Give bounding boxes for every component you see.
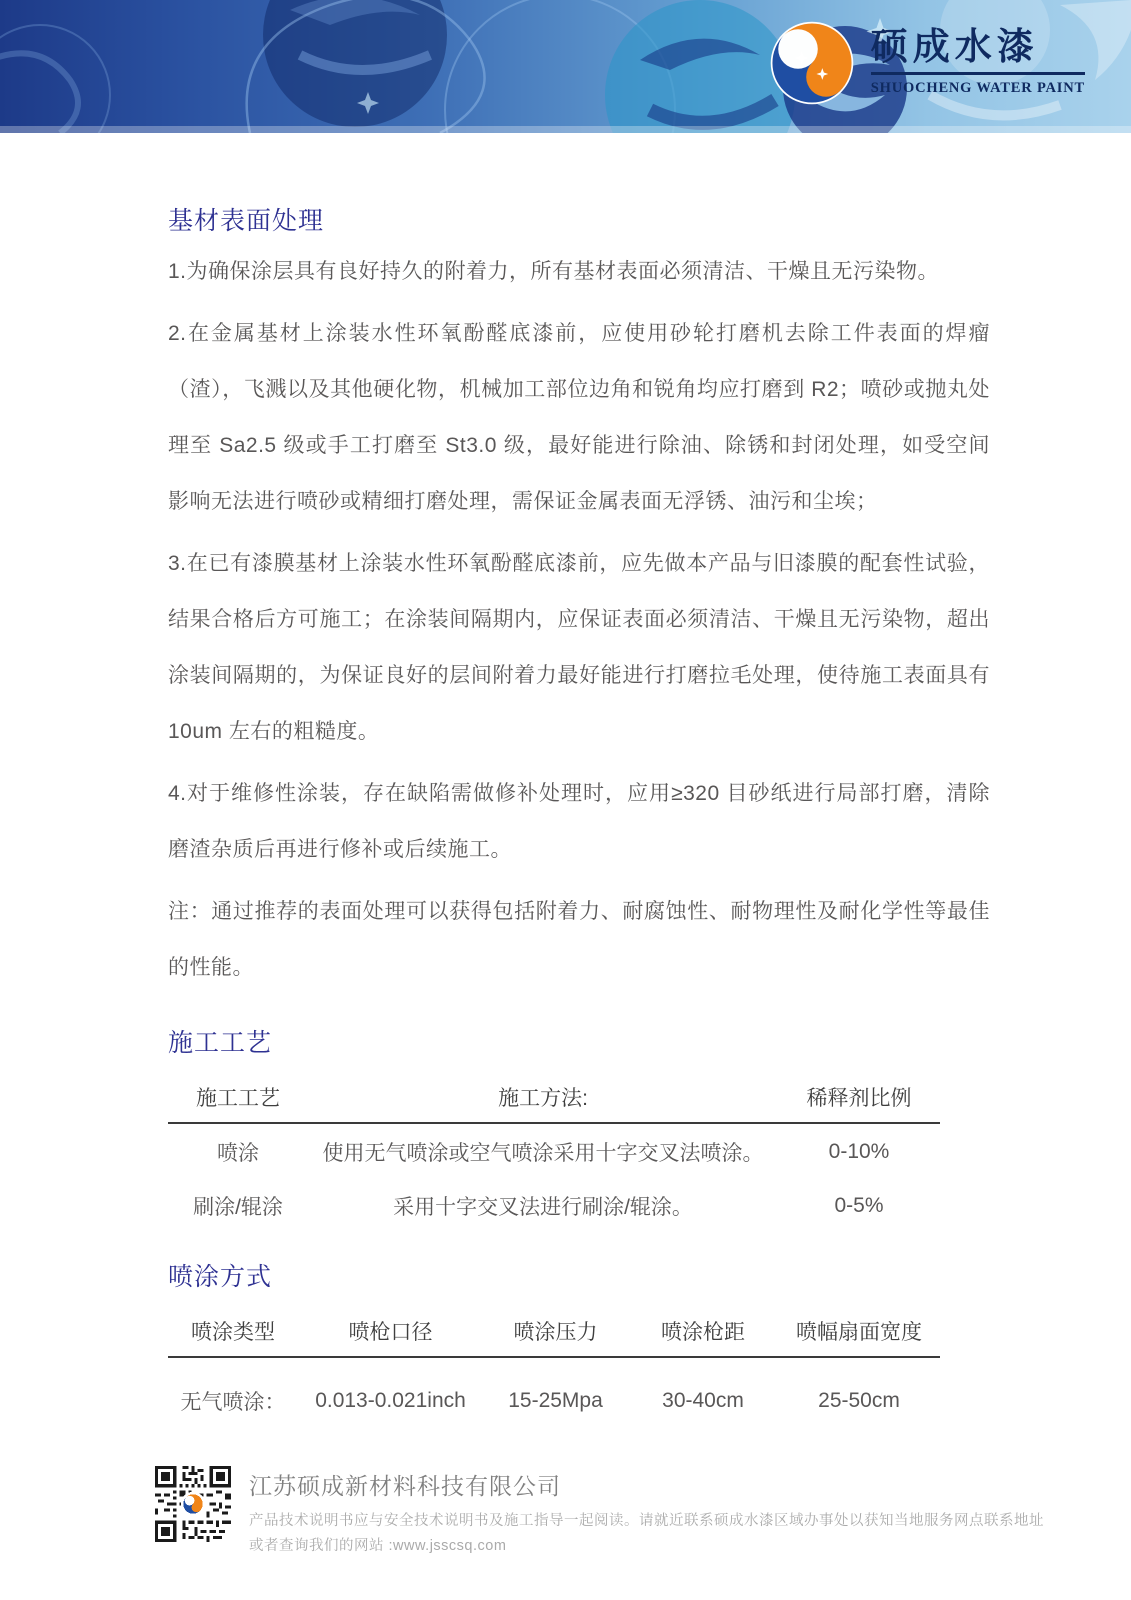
table-row: 刷涂/辊涂 采用十字交叉法进行刷涂/辊涂。 0-5% — [168, 1178, 940, 1232]
column-header: 喷枪口径 — [298, 1316, 483, 1346]
paragraph-3: 3.在已有漆膜基材上涂装水性环氧酚醛底漆前，应先做本产品与旧漆膜的配套性试验，结… — [168, 536, 990, 760]
table-cell: 0-5% — [778, 1194, 940, 1218]
paragraph-note: 注：通过推荐的表面处理可以获得包括附着力、耐腐蚀性、耐物理性及耐化学性等最佳的性… — [168, 884, 990, 996]
table-cell: 15-25Mpa — [483, 1389, 628, 1413]
column-header: 施工工艺 — [168, 1082, 308, 1112]
brand-logo: 硕成水漆 SHUOCHENG WATER PAINT — [769, 20, 1085, 106]
table-cell: 喷涂 — [168, 1137, 308, 1167]
table-cell: 0.013-0.021inch — [298, 1389, 483, 1413]
table-cell: 采用十字交叉法进行刷涂/辊涂。 — [308, 1191, 778, 1221]
section-title-application-process: 施工工艺 — [168, 1026, 990, 1060]
company-name: 江苏硕成新材料科技有限公司 — [249, 1468, 1044, 1501]
table-cell: 25-50cm — [778, 1389, 940, 1413]
application-process-table: 施工工艺 施工方法: 稀释剂比例 喷涂 使用无气喷涂或空气喷涂采用十字交叉法喷涂… — [168, 1076, 940, 1232]
footer-disclaimer-line2: 或者查询我们的网站 :www.jsscsq.com — [249, 1534, 1044, 1559]
column-header: 喷幅扇面宽度 — [778, 1316, 940, 1346]
paragraph-2: 2.在金属基材上涂装水性环氧酚醛底漆前，应使用砂轮打磨机去除工件表面的焊瘤（渣）… — [168, 306, 990, 530]
document-body: 基材表面处理 1.为确保涂层具有良好持久的附着力，所有基材表面必须清洁、干燥且无… — [168, 133, 990, 1427]
column-header: 喷涂压力 — [483, 1316, 628, 1346]
brand-name-cn: 硕成水漆 — [871, 29, 1085, 76]
table-cell: 0-10% — [778, 1140, 940, 1164]
column-header: 稀释剂比例 — [778, 1082, 940, 1112]
table-row: 喷涂 使用无气喷涂或空气喷涂采用十字交叉法喷涂。 0-10% — [168, 1124, 940, 1178]
footer-disclaimer-line1: 产品技术说明书应与安全技术说明书及施工指导一起阅读。请就近联系硕成水漆区域办事处… — [249, 1509, 1044, 1534]
page-footer: 江苏硕成新材料科技有限公司 产品技术说明书应与安全技术说明书及施工指导一起阅读。… — [155, 1466, 1125, 1559]
table-cell: 无气喷涂： — [168, 1386, 298, 1416]
paragraph-1: 1.为确保涂层具有良好持久的附着力，所有基材表面必须清洁、干燥且无污染物。 — [168, 244, 990, 300]
document-page: 硕成水漆 SHUOCHENG WATER PAINT 基材表面处理 1.为确保涂… — [0, 0, 1131, 1600]
column-header: 喷涂枪距 — [628, 1316, 778, 1346]
column-header: 施工方法: — [308, 1082, 778, 1112]
table-header-row: 施工工艺 施工方法: 稀释剂比例 — [168, 1076, 940, 1124]
column-header: 喷涂类型 — [168, 1316, 298, 1346]
header-banner: 硕成水漆 SHUOCHENG WATER PAINT — [0, 0, 1131, 133]
table-cell: 刷涂/辊涂 — [168, 1191, 308, 1221]
table-cell: 30-40cm — [628, 1389, 778, 1413]
brand-logo-mark-icon — [769, 20, 855, 106]
table-row: 无气喷涂： 0.013-0.021inch 15-25Mpa 30-40cm 2… — [168, 1358, 940, 1427]
table-cell: 使用无气喷涂或空气喷涂采用十字交叉法喷涂。 — [308, 1137, 778, 1167]
section-title-spray-method: 喷涂方式 — [168, 1260, 990, 1294]
paragraph-4: 4.对于维修性涂装，存在缺陷需做修补处理时，应用≥320 目砂纸进行局部打磨，清… — [168, 766, 990, 878]
brand-name-en: SHUOCHENG WATER PAINT — [871, 80, 1085, 97]
table-header-row: 喷涂类型 喷枪口径 喷涂压力 喷涂枪距 喷幅扇面宽度 — [168, 1310, 940, 1358]
section-title-surface-treatment: 基材表面处理 — [168, 204, 990, 238]
qr-code — [155, 1466, 231, 1542]
spray-method-table: 喷涂类型 喷枪口径 喷涂压力 喷涂枪距 喷幅扇面宽度 无气喷涂： 0.013-0… — [168, 1310, 940, 1427]
